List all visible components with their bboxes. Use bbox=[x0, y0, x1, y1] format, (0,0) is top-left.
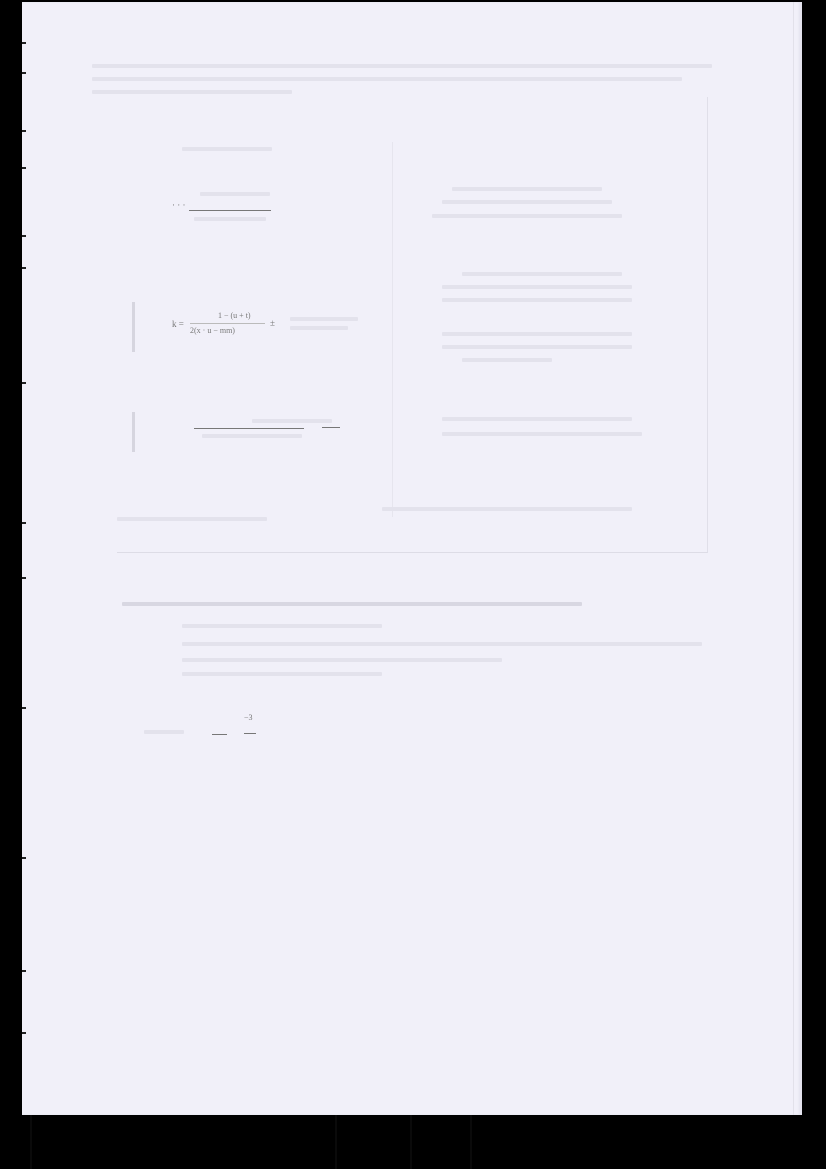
fraction-bar bbox=[244, 733, 256, 734]
binding-mark bbox=[22, 267, 26, 269]
fraction-bar bbox=[212, 734, 227, 735]
binding-mark bbox=[22, 857, 26, 859]
equation-2-lhs: k = bbox=[172, 319, 184, 329]
page-edge bbox=[793, 2, 794, 1115]
equation-4-exponent: −3 bbox=[244, 713, 253, 722]
equation-2-operator: ± bbox=[270, 318, 275, 328]
scanner-background bbox=[0, 1115, 826, 1169]
fraction-bar bbox=[194, 428, 304, 429]
faded-table-box bbox=[117, 97, 708, 553]
table-column-divider bbox=[392, 142, 393, 517]
binding-mark bbox=[22, 577, 26, 579]
binding-mark bbox=[22, 72, 26, 74]
equation-2-numerator: 1 − (u + t) bbox=[218, 311, 251, 320]
fraction-bar bbox=[190, 323, 265, 324]
binding-mark bbox=[22, 382, 26, 384]
binding-mark bbox=[22, 1032, 26, 1034]
binding-mark bbox=[22, 970, 26, 972]
scan-shadow bbox=[132, 302, 135, 352]
binding-mark bbox=[22, 130, 26, 132]
binding-mark bbox=[22, 522, 26, 524]
binding-mark bbox=[22, 42, 26, 44]
scanned-page: · · · k = 1 − (u + t) 2(x · u − mm) ± bbox=[22, 2, 802, 1115]
binding-mark bbox=[22, 167, 26, 169]
fraction-bar bbox=[322, 427, 340, 428]
equation-2-denominator: 2(x · u − mm) bbox=[190, 326, 235, 335]
binding-mark bbox=[22, 707, 26, 709]
equation-1-prefix: · · · bbox=[172, 200, 186, 210]
binding-mark bbox=[22, 235, 26, 237]
fraction-bar bbox=[189, 210, 271, 211]
scan-shadow bbox=[132, 412, 135, 452]
